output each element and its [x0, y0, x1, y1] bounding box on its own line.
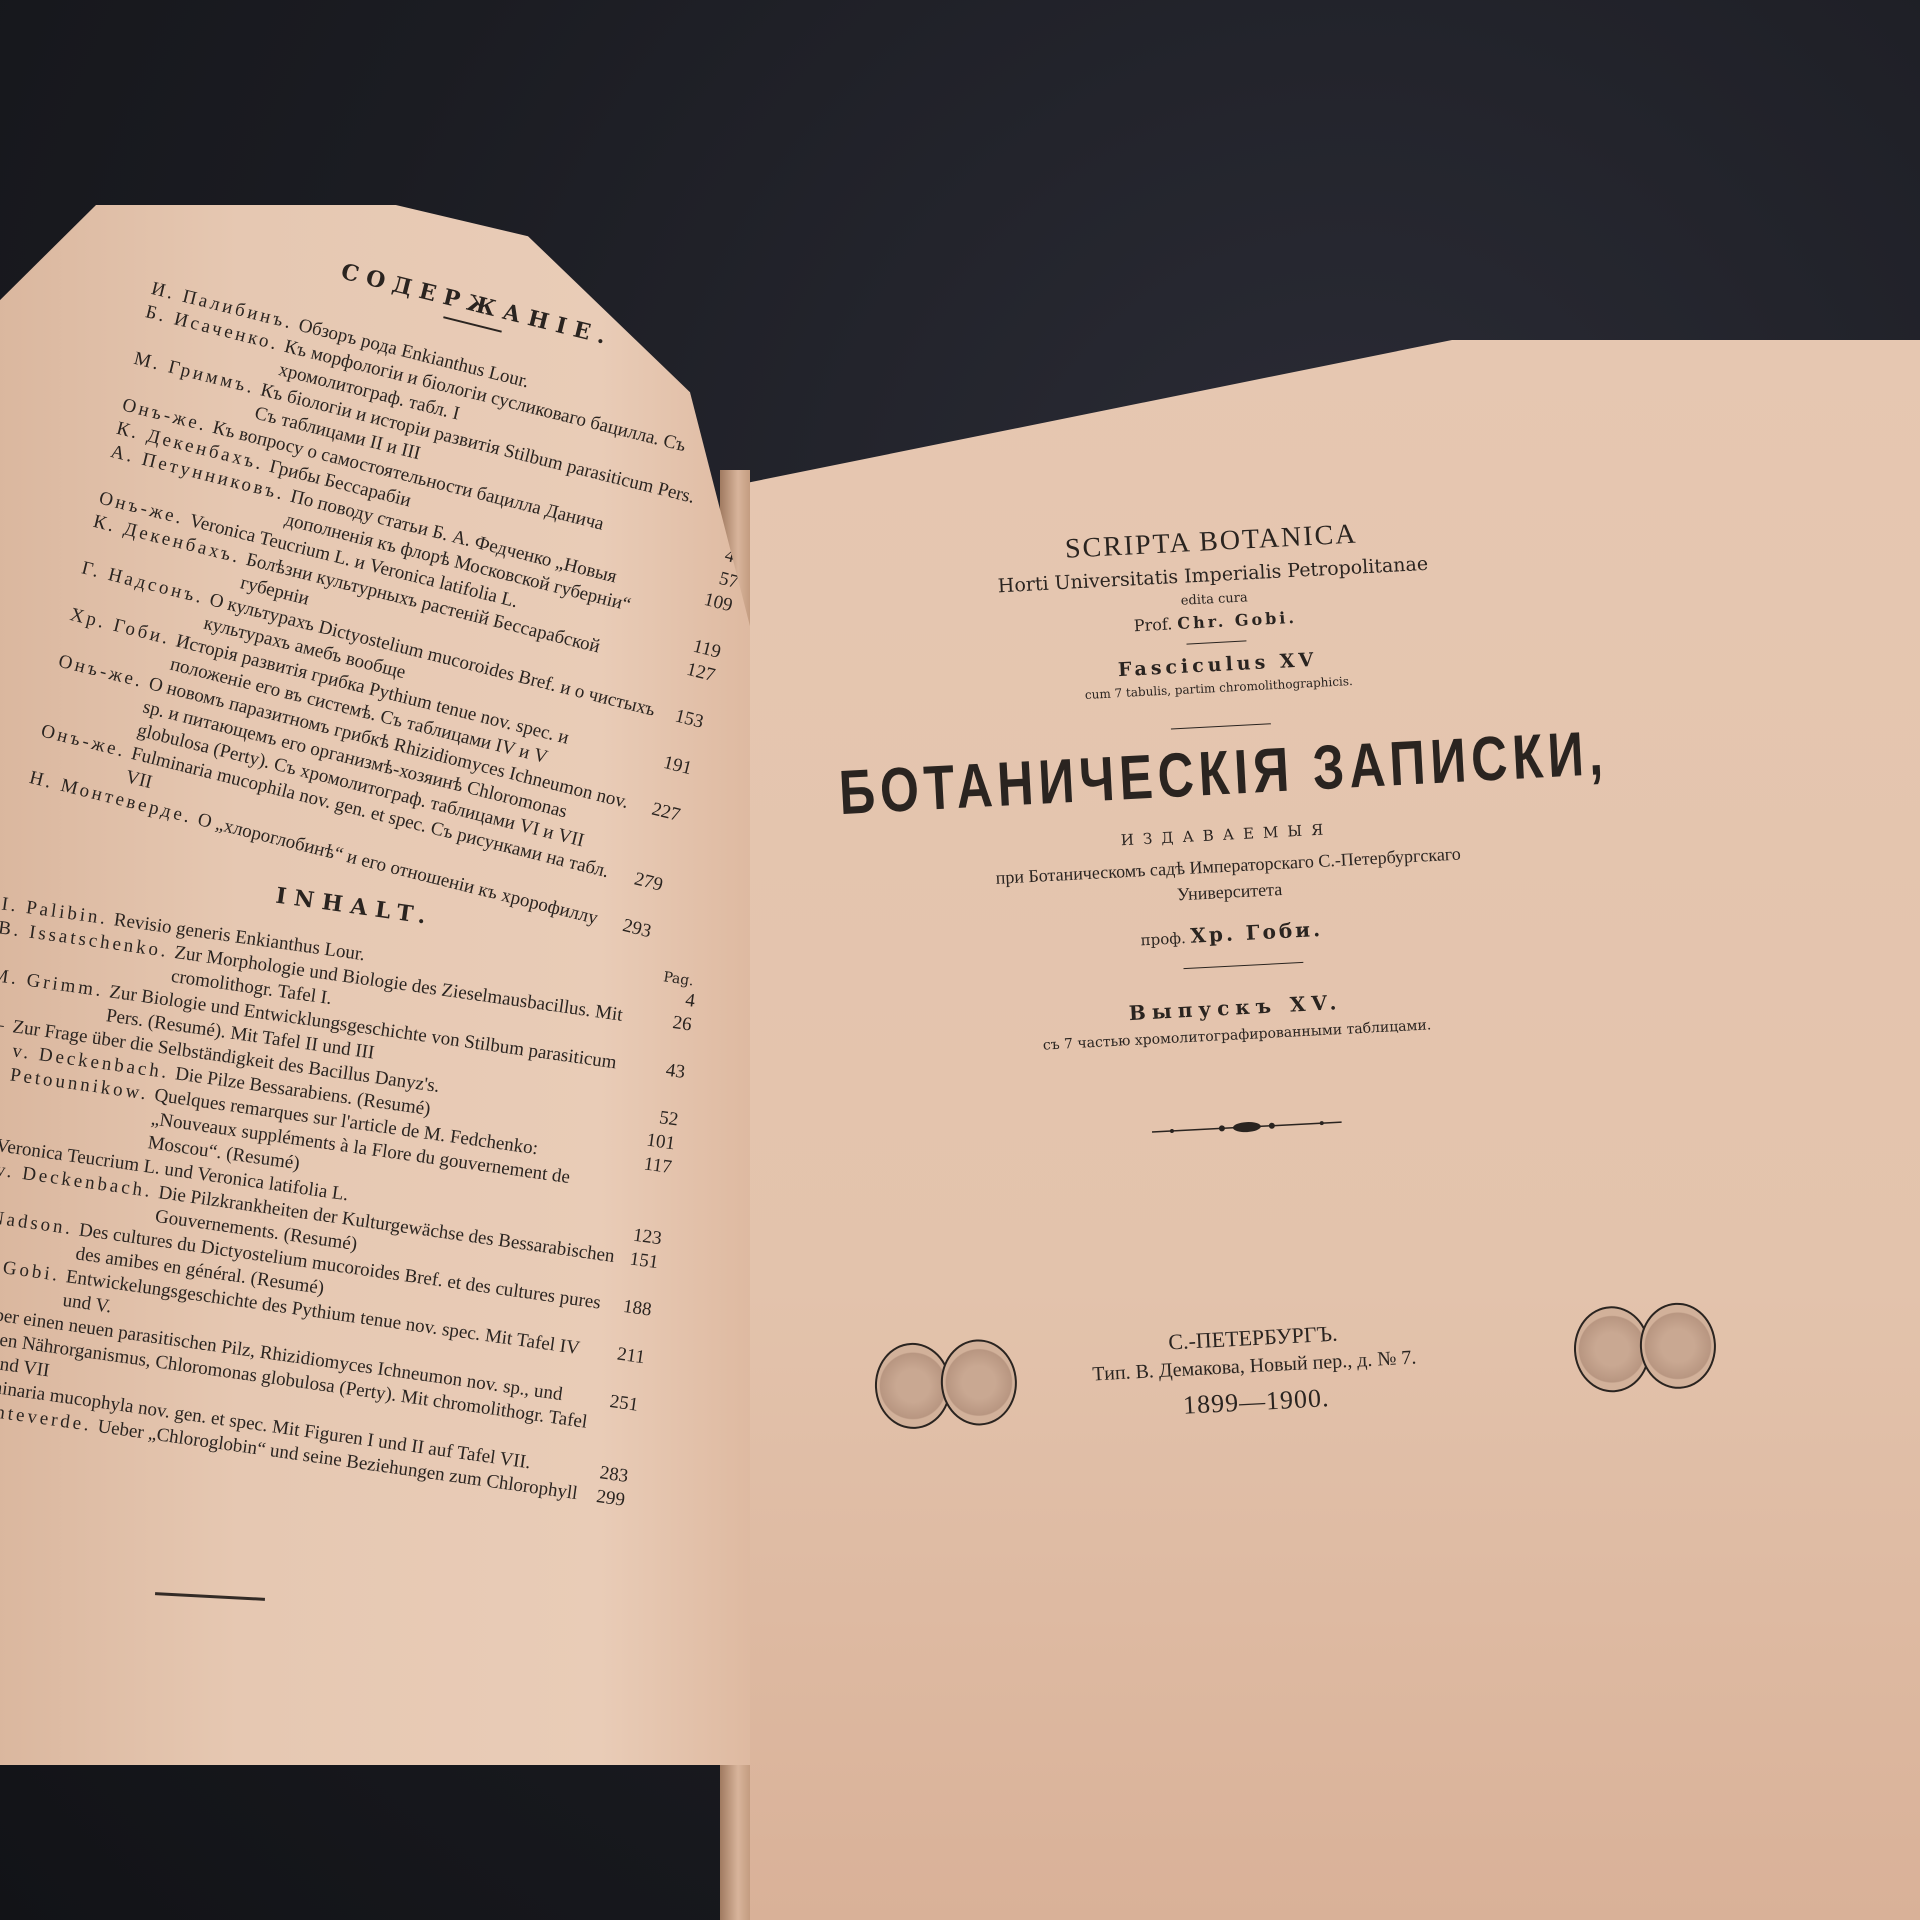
toc-entry-page: 1 — [727, 421, 775, 455]
divider — [1171, 723, 1271, 729]
prof-ru-prefix: проф. — [1140, 929, 1186, 949]
toc-entry-page: 188 — [603, 1293, 653, 1347]
medal-portrait-icon — [1638, 1301, 1718, 1391]
prof-name: Chr. Gobi. — [1177, 608, 1297, 633]
toc-entry-page: 251 — [586, 1388, 640, 1465]
title-page: SCRIPTA BOTANICA Horti Universitatis Imp… — [750, 282, 1848, 340]
toc-entry-page: 117 — [620, 1150, 674, 1227]
prof-ru-name: Хр. Гоби. — [1190, 917, 1324, 948]
toc-entry-page: 151 — [610, 1245, 660, 1299]
toc-entry-page: 299 — [579, 1483, 626, 1513]
divider — [1186, 640, 1246, 644]
ornament-icon — [1152, 1116, 1342, 1138]
toc-entry-author: — — [0, 1011, 8, 1038]
medals-right-icon — [1582, 1301, 1718, 1394]
end-rule — [155, 1592, 265, 1601]
toc-entry-page: 211 — [596, 1340, 646, 1394]
prof-prefix: Prof. — [1133, 614, 1172, 635]
toc-entries: И. Палибинъ.Обзоръ рода Enkianthus Lour.… — [27, 277, 776, 944]
toc-entries: I. Palibin.Revisio generis Enkianthus Lo… — [0, 893, 697, 1513]
russian-table-of-contents: СОДЕРЖАНІЕ. Стран. И. Палибинъ.Обзоръ ро… — [27, 215, 791, 944]
toc-entry-page: 43 — [636, 1055, 686, 1109]
left-page-contents: СОДЕРЖАНІЕ. Стран. И. Палибинъ.Обзоръ ро… — [0, 205, 870, 1765]
toc-entry-page: 26 — [643, 1008, 693, 1062]
divider — [1183, 962, 1303, 969]
german-table-of-contents: INHALT. Pag. I. Palibin.Revisio generis … — [0, 845, 703, 1513]
right-page-title: SCRIPTA BOTANICA Horti Universitatis Imp… — [750, 340, 1920, 1920]
